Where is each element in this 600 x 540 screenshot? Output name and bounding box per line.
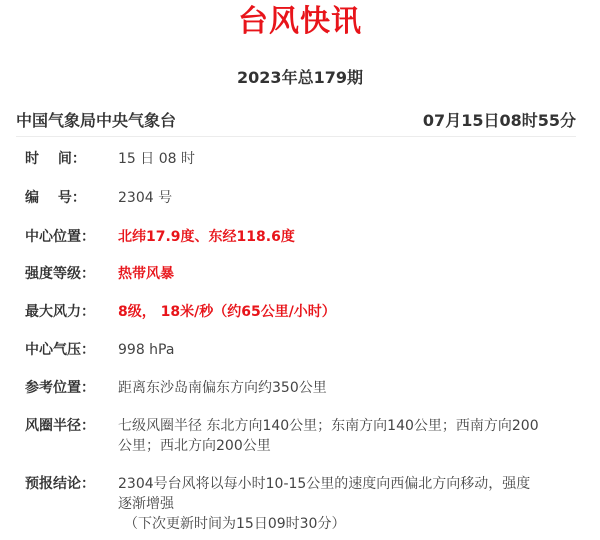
value-line: 逐渐增强 — [118, 494, 568, 514]
next-update-note: （下次更新时间为15日09时30分） — [118, 514, 568, 534]
field-value: 2304 号 — [118, 188, 568, 208]
field-value: 距离东沙岛南偏东方向约350公里 — [118, 378, 568, 398]
field-value: 2304号台风将以每小时10-15公里的速度向西偏北方向移动，强度 逐渐增强 （… — [118, 474, 568, 534]
field-label: 参考位置： — [25, 378, 115, 398]
value-line: 七级风圈半径 东北方向140公里；东南方向140公里；西南方向200 — [118, 416, 568, 436]
value-line: 2304号台风将以每小时10-15公里的速度向西偏北方向移动，强度 — [118, 474, 568, 494]
field-label: 中心气压： — [25, 340, 115, 360]
bulletin-header: 中国气象局中央气象台 07月15日08时55分 — [16, 108, 576, 137]
field-value: 北纬17.9度、东经118.6度 — [118, 227, 568, 247]
field-label: 最大风力： — [25, 302, 115, 322]
issue-number: 2023年总179期 — [0, 66, 600, 90]
field-label: 中心位置： — [25, 227, 115, 247]
field-label: 预报结论： — [25, 474, 115, 494]
field-value: 8级， 18米/秒（约65公里/小时） — [118, 302, 568, 322]
field-value: 15 日 08 时 — [118, 149, 568, 169]
field-label: 时 间： — [25, 149, 115, 169]
field-label: 编 号： — [25, 188, 115, 208]
field-label: 强度等级： — [25, 264, 115, 284]
value-line: 公里；西北方向200公里 — [118, 436, 568, 456]
issued-time: 07月15日08时55分 — [423, 108, 576, 134]
field-value: 998 hPa — [118, 340, 568, 360]
field-value: 热带风暴 — [118, 264, 568, 284]
field-label: 风圈半径： — [25, 416, 115, 436]
agency-name: 中国气象局中央气象台 — [16, 108, 176, 134]
page-title: 台风快讯 — [0, 2, 600, 42]
field-value: 七级风圈半径 东北方向140公里；东南方向140公里；西南方向200 公里；西北… — [118, 416, 568, 456]
